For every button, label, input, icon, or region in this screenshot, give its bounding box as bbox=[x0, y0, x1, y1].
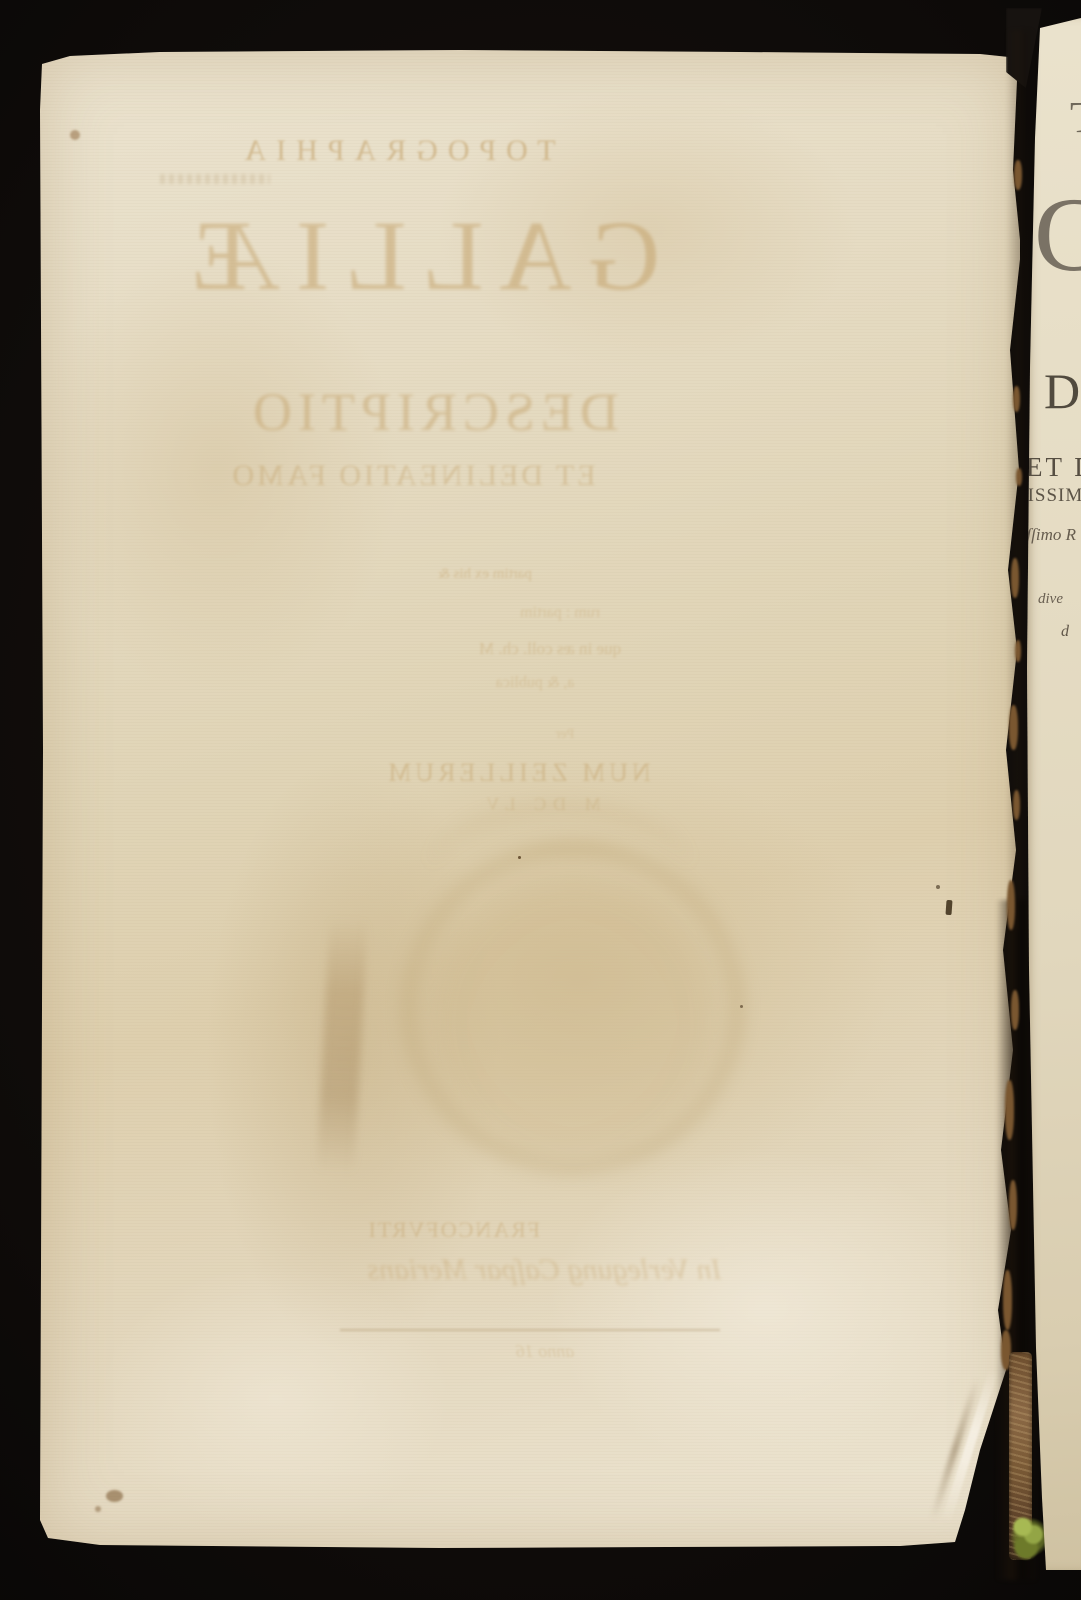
verso-page: TOPOGRAPHIA GALLIÆ DESCRIPTIO ET DELINEA… bbox=[40, 50, 1020, 1548]
next-page-fragment-d-small: d bbox=[1061, 623, 1069, 641]
deckle-edge-spot bbox=[1013, 790, 1020, 820]
deckle-edge-spot bbox=[1009, 705, 1018, 750]
bleedthrough-imprint-francofvrti: FRANCOFVRTI bbox=[370, 1217, 540, 1243]
deckle-edge-spot bbox=[1009, 1180, 1017, 1230]
deckle-edge-spot bbox=[1011, 990, 1019, 1030]
deckle-edge-spot bbox=[1003, 1270, 1012, 1330]
deckle-edge-spot bbox=[1013, 386, 1020, 412]
next-page-fragment-et-d: ET D bbox=[1026, 452, 1081, 483]
engraving-smudge bbox=[160, 174, 270, 184]
bleedthrough-title-galliae: GALLIÆ bbox=[190, 198, 660, 313]
bleedthrough-line-publica: a, & publica bbox=[430, 674, 640, 692]
bleedthrough-title-topographia: TOPOGRAPHIA bbox=[230, 134, 560, 168]
bleedthrough-line-aes-coll: que in æs coll. ch. M bbox=[400, 639, 700, 659]
next-page-fragment-t: T bbox=[1070, 92, 1081, 143]
ink-mark bbox=[945, 900, 952, 915]
ink-mark bbox=[936, 885, 940, 889]
bleedthrough-imprint-anno: anno 16 bbox=[470, 1341, 620, 1362]
ink-speck bbox=[740, 1005, 743, 1008]
deckle-edge-spot bbox=[1014, 160, 1022, 190]
stain bbox=[70, 130, 80, 140]
next-page-fragment-dive: dive bbox=[1038, 591, 1063, 608]
deckle-edge-spot bbox=[1016, 468, 1022, 486]
deckle-edge-spot bbox=[1005, 1080, 1014, 1140]
bleedthrough-rule bbox=[340, 1329, 720, 1331]
next-page-fragment-d: D bbox=[1044, 362, 1080, 420]
stain bbox=[95, 1506, 101, 1512]
water-stain bbox=[316, 917, 367, 1174]
emblem-ghost-arc bbox=[430, 802, 690, 944]
moss-spot bbox=[1010, 1512, 1046, 1562]
bleedthrough-line-partim: partim ex his & bbox=[410, 566, 560, 583]
bleedthrough-line-delineatio: ET DELINEATIO FAMO bbox=[190, 459, 635, 493]
next-page-fragment-g: G bbox=[1034, 174, 1081, 296]
bleedthrough-line-rum-partim: rum : partim bbox=[380, 604, 740, 622]
bleedthrough-line-descriptio: DESCRIPTIO bbox=[233, 381, 633, 443]
bleedthrough-line-zeillerum: NUM ZEILLERUM bbox=[290, 758, 745, 788]
book-scan: TOPOGRAPHIA GALLIÆ DESCRIPTIO ET DELINEA… bbox=[0, 0, 1081, 1600]
deckle-edge-spot bbox=[1015, 640, 1021, 662]
bleedthrough-imprint-verlegung: In Verlegung Caſpar Merians bbox=[307, 1253, 782, 1287]
bleedthrough-line-per: Per bbox=[545, 727, 585, 743]
ink-speck bbox=[518, 856, 521, 859]
stain bbox=[106, 1490, 123, 1502]
deckle-edge-spot bbox=[1011, 558, 1019, 598]
deckle-edge-spot bbox=[1007, 880, 1015, 930]
